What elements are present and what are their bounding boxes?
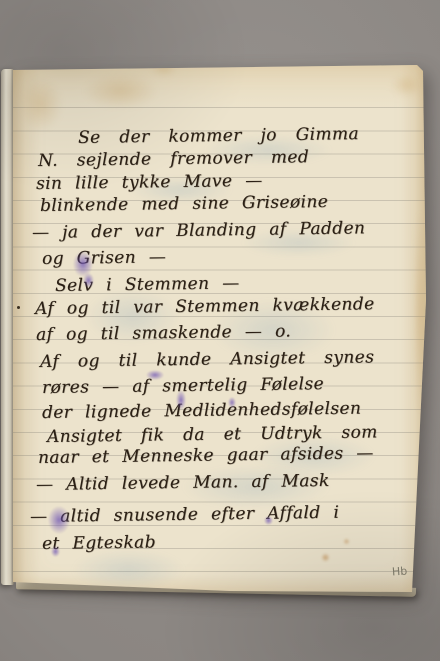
manuscript-line: røres — af smertelig Følelse [42,375,324,398]
manuscript-line: Af og til var Stemmen kvækkende [35,295,375,318]
foxing-stain [321,553,330,562]
foxing-stain [391,73,423,97]
notebook-page: Se der kommer jo Gimma N. sejlende fremo… [13,57,427,597]
notebook-photograph: Se der kommer jo Gimma N. sejlende fremo… [0,0,440,661]
manuscript-line: naar et Menneske gaar afsides — [38,444,374,467]
manuscript-line: — Altid levede Man. af Mask [36,472,330,495]
notebook-page-wrapper: Se der kommer jo Gimma N. sejlende fremo… [13,57,427,597]
manuscript-line: Af og til kunde Ansigtet synes [40,348,375,371]
manuscript-line: et Egteskab [42,533,156,553]
manuscript-line: der lignede Medlidenhedsfølelsen [42,400,362,423]
foxing-stain [413,207,427,417]
manuscript-line: Se der kommer jo Gimma [78,125,359,148]
foxing-stain [83,73,158,109]
manuscript-line: N. sejlende fremover med [38,148,309,170]
manuscript-line: — ja der var Blanding af Padden [32,219,366,242]
manuscript-line: og Grisen — [42,248,166,268]
foxing-stain [18,77,63,132]
manuscript-line: af og til smaskende — o. [36,322,291,344]
manuscript-line: Selv i Stemmen — [55,274,240,295]
foxing-stain [151,61,177,76]
manuscript-line: sin lille tykke Mave — [36,172,263,194]
manuscript-line: blinkende med sine Griseøine [40,193,328,216]
foxing-stain [343,538,350,545]
pencil-annotation: Hb [392,564,408,578]
ink-speck [17,306,20,309]
ink-offset-ghost [71,549,186,591]
manuscript-line: — altid snusende efter Affald i [30,504,339,527]
